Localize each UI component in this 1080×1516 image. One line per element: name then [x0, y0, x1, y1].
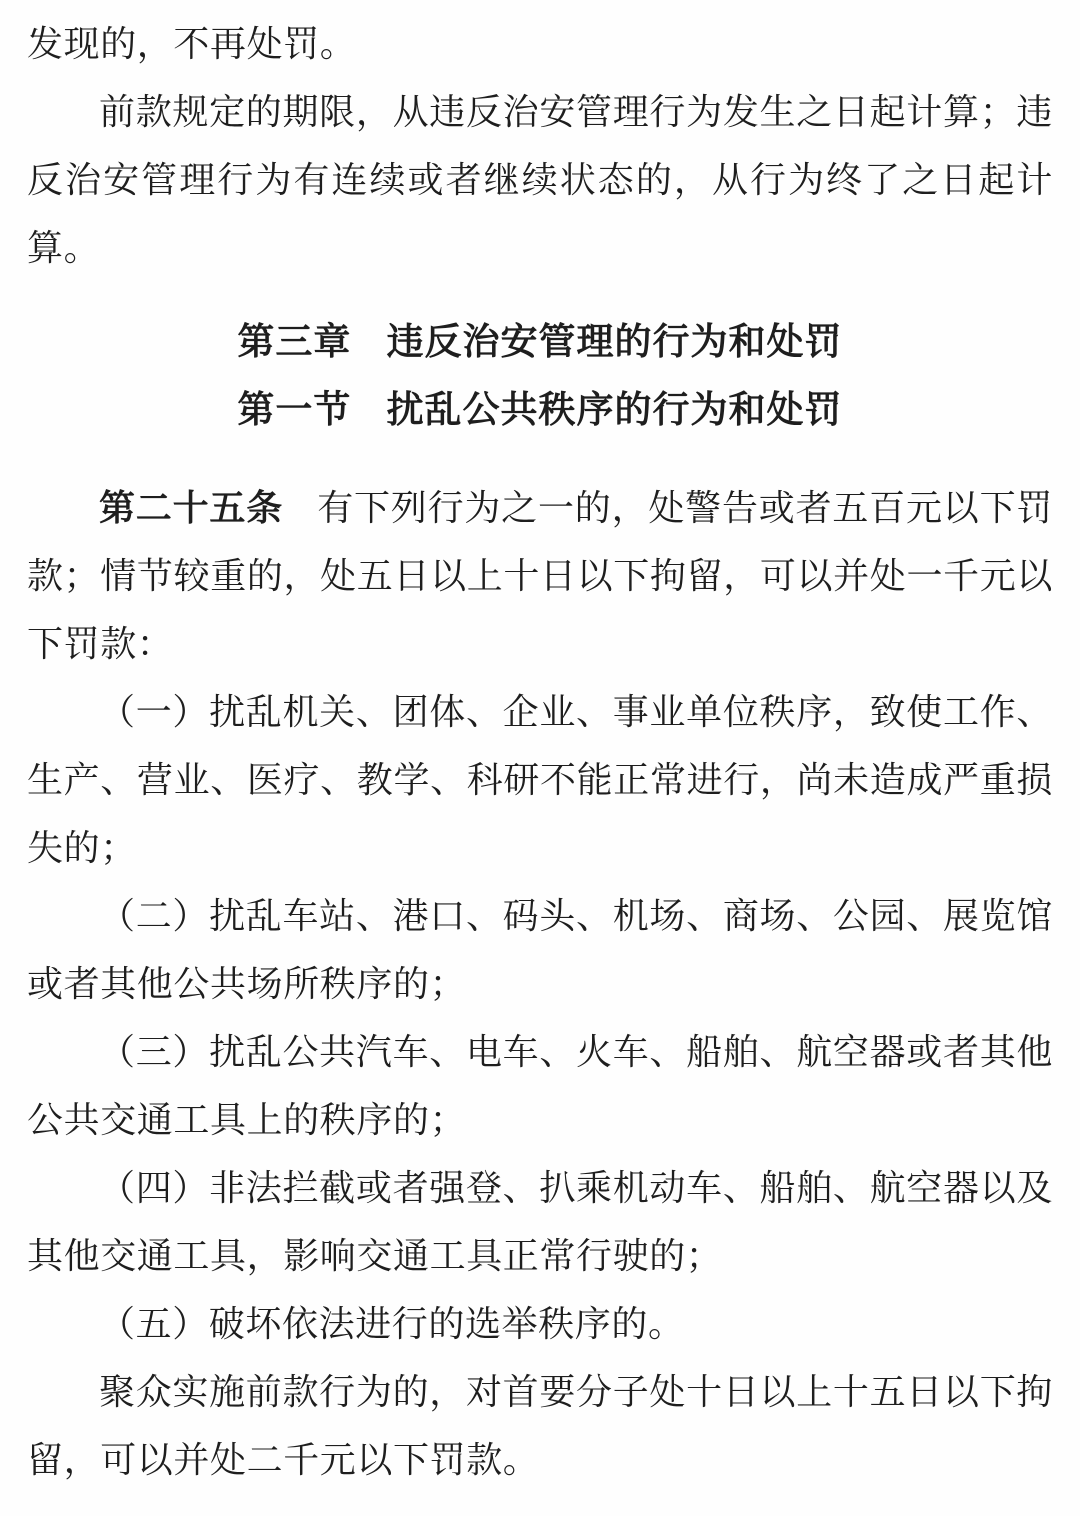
article-25-item-5: （五）破坏依法进行的选举秩序的。: [27, 1290, 1053, 1358]
article-25-item-2: （二）扰乱车站、港口、码头、机场、商场、公园、展览馆或者其他公共场所秩序的；: [27, 882, 1053, 1018]
limitation-paragraph: 前款规定的期限，从违反治安管理行为发生之日起计算；违反治安管理行为有连续或者继续…: [27, 78, 1053, 282]
section-heading-title: 扰乱公共秩序的行为和处罚: [387, 389, 843, 430]
article-25-paragraph: 第二十五条有下列行为之一的，处警告或者五百元以下罚款；情节较重的，处五日以上十日…: [27, 474, 1053, 678]
article-25-item-1: （一）扰乱机关、团体、企业、事业单位秩序，致使工作、生产、营业、医疗、教学、科研…: [27, 678, 1053, 882]
section-heading: 第一节扰乱公共秩序的行为和处罚: [27, 376, 1053, 444]
chapter-heading-title: 违反治安管理的行为和处罚: [387, 321, 843, 362]
chapter-heading-label: 第三章: [237, 321, 351, 362]
document-page: 发现的，不再处罚。 前款规定的期限，从违反治安管理行为发生之日起计算；违反治安管…: [0, 0, 1080, 1516]
chapter-heading: 第三章违反治安管理的行为和处罚: [27, 308, 1053, 376]
headings-block: 第三章违反治安管理的行为和处罚 第一节扰乱公共秩序的行为和处罚: [27, 308, 1053, 444]
article-25-item-3: （三）扰乱公共汽车、电车、火车、船舶、航空器或者其他公共交通工具上的秩序的；: [27, 1018, 1053, 1154]
article-25-item-4: （四）非法拦截或者强登、扒乘机动车、船舶、航空器以及其他交通工具，影响交通工具正…: [27, 1154, 1053, 1290]
section-heading-label: 第一节: [237, 389, 351, 430]
continuation-paragraph: 发现的，不再处罚。: [27, 10, 1053, 78]
closing-paragraph: 聚众实施前款行为的，对首要分子处十日以上十五日以下拘留，可以并处二千元以下罚款。: [27, 1358, 1053, 1494]
article-25-label: 第二十五条: [99, 487, 283, 528]
